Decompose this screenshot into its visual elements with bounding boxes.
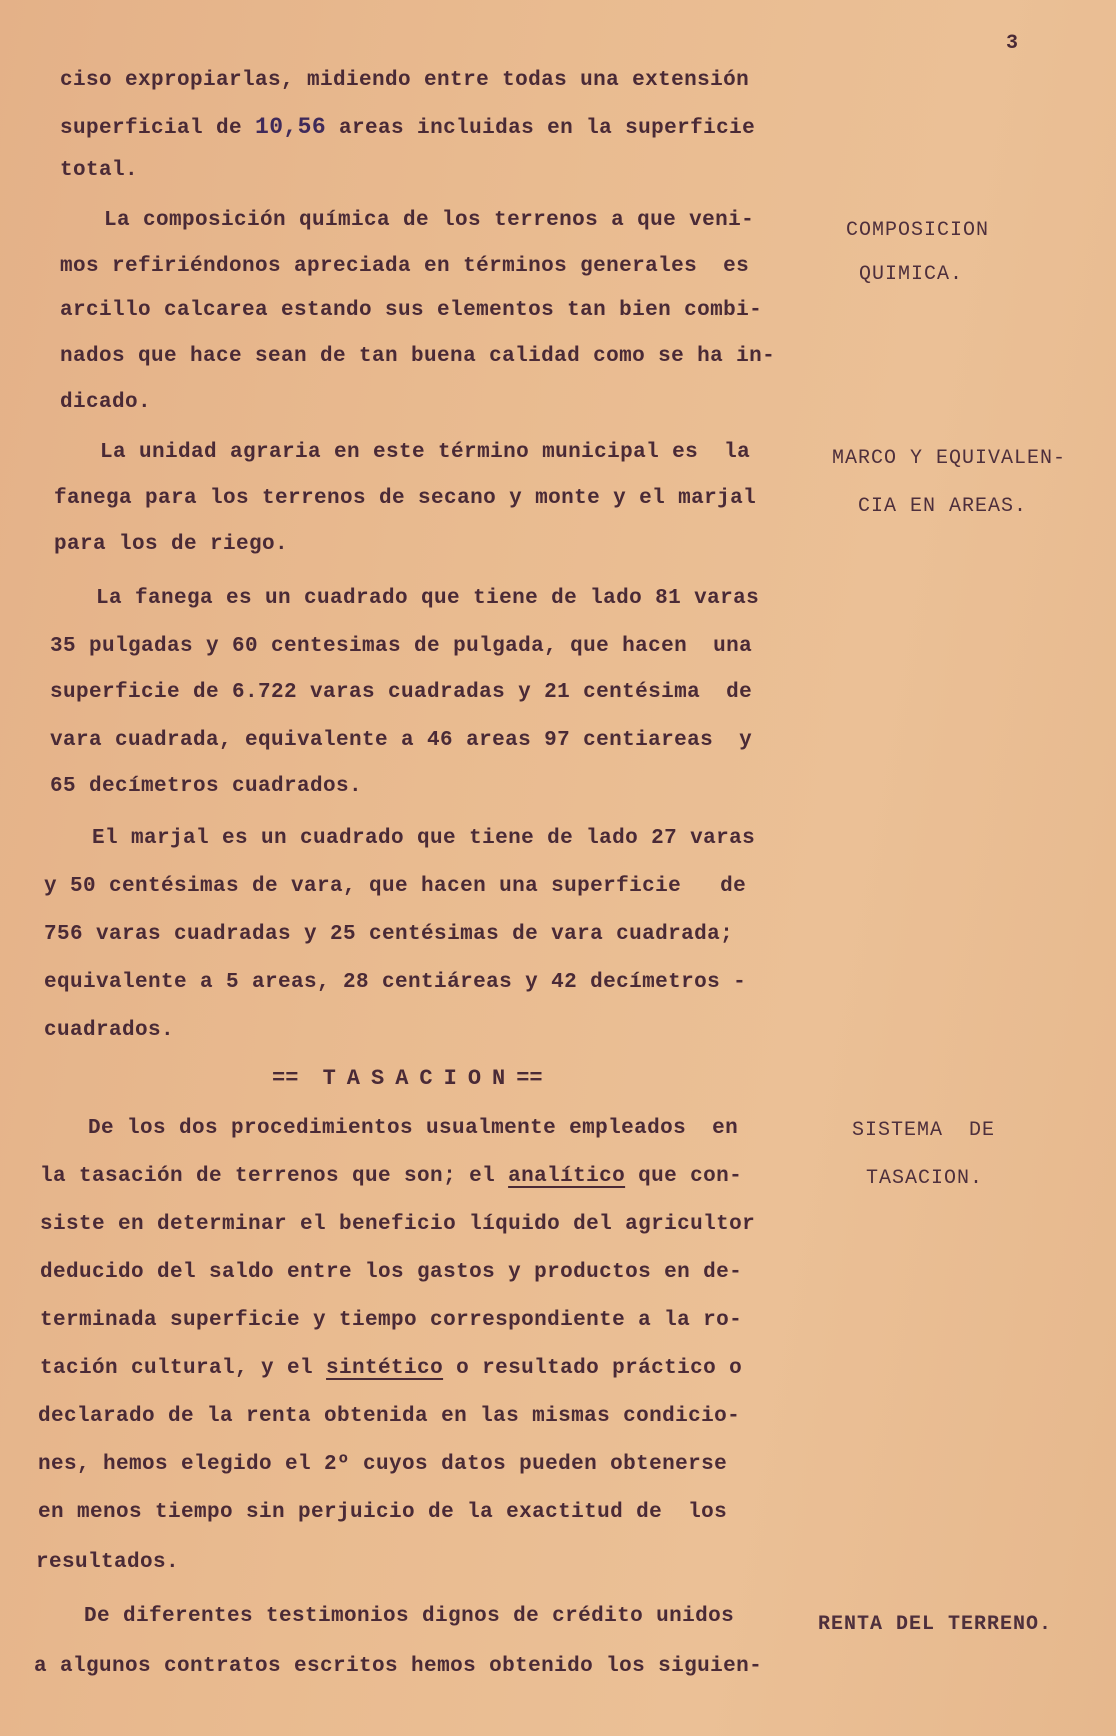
text-line: resultados. <box>36 1550 179 1576</box>
text-line: 65 decímetros cuadrados. <box>50 774 362 800</box>
margin-note-renta: RENTA DEL TERRENO. <box>818 1612 1052 1638</box>
text-fragment: superficial de <box>60 117 255 140</box>
text-line: tación cultural, y el sintético o result… <box>40 1356 742 1382</box>
margin-note-marco: CIA EN AREAS. <box>832 494 1027 520</box>
text-line: superficial de 10,56 areas incluidas en … <box>60 114 755 142</box>
underlined-term-analitico: analítico <box>508 1165 625 1188</box>
text-fragment: que con- <box>625 1165 742 1188</box>
text-line: cuadrados. <box>44 1018 174 1044</box>
text-line: fanega para los terrenos de secano y mon… <box>54 486 756 512</box>
section-heading-tasacion: == TASACION== <box>272 1066 543 1092</box>
text-line: para los de riego. <box>54 532 288 558</box>
text-line: y 50 centésimas de vara, que hacen una s… <box>44 874 746 900</box>
text-line: 756 varas cuadradas y 25 centésimas de v… <box>44 922 733 948</box>
typed-document-page: 3 ciso expropiarlas, midiendo entre toda… <box>0 0 1116 1736</box>
text-line: vara cuadrada, equivalente a 46 areas 97… <box>50 728 752 754</box>
text-line: La composición química de los terrenos a… <box>78 208 754 234</box>
text-fragment: tación cultural, y el <box>40 1357 326 1380</box>
text-line: siste en determinar el beneficio líquido… <box>40 1212 755 1238</box>
text-fragment: o resultado práctico o <box>443 1357 742 1380</box>
margin-note-composicion: COMPOSICION <box>846 218 989 244</box>
text-line: La fanega es un cuadrado que tiene de la… <box>70 586 759 612</box>
text-line: en menos tiempo sin perjuicio de la exac… <box>38 1500 727 1526</box>
text-line: 35 pulgadas y 60 centesimas de pulgada, … <box>50 634 752 660</box>
text-line: De diferentes testimonios dignos de créd… <box>58 1604 734 1630</box>
text-line: terminada superficie y tiempo correspond… <box>40 1308 742 1334</box>
text-line: dicado. <box>60 390 151 416</box>
text-line: nados que hace sean de tan buena calidad… <box>60 344 775 370</box>
text-line: a algunos contratos escritos hemos obten… <box>34 1654 762 1680</box>
text-line: declarado de la renta obtenida en las mi… <box>38 1404 740 1430</box>
text-line: De los dos procedimientos usualmente emp… <box>62 1116 738 1142</box>
text-line: nes, hemos elegido el 2º cuyos datos pue… <box>38 1452 727 1478</box>
text-fragment: areas incluidas en la superficie <box>326 117 755 140</box>
margin-note-marco: MARCO Y EQUIVALEN- <box>832 446 1066 472</box>
margin-note-sistema: SISTEMA DE <box>852 1118 995 1144</box>
text-line: arcillo calcarea estando sus elementos t… <box>60 298 762 324</box>
text-line: la tasación de terrenos que son; el anal… <box>40 1164 742 1190</box>
text-fragment: la tasación de terrenos que son; el <box>40 1165 508 1188</box>
text-line: superficie de 6.722 varas cuadradas y 21… <box>50 680 752 706</box>
margin-note-sistema: TASACION. <box>866 1166 983 1192</box>
text-line: mos refiriéndonos apreciada en términos … <box>60 254 749 280</box>
text-line: La unidad agraria en este término munici… <box>74 440 750 466</box>
margin-note-composicion: QUIMICA. <box>846 262 963 288</box>
text-line: El marjal es un cuadrado que tiene de la… <box>66 826 755 852</box>
heading-rule: == <box>272 1066 298 1091</box>
text-line: total. <box>60 158 138 184</box>
heading-rule: == <box>516 1066 542 1091</box>
text-line: equivalente a 5 areas, 28 centiáreas y 4… <box>44 970 746 996</box>
heading-text: TASACION <box>323 1066 517 1091</box>
text-line: deducido del saldo entre los gastos y pr… <box>40 1260 742 1286</box>
area-figure: 10,56 <box>255 114 326 140</box>
text-line: ciso expropiarlas, midiendo entre todas … <box>60 68 749 94</box>
page-number: 3 <box>1006 32 1018 55</box>
underlined-term-sintetico: sintético <box>326 1357 443 1380</box>
